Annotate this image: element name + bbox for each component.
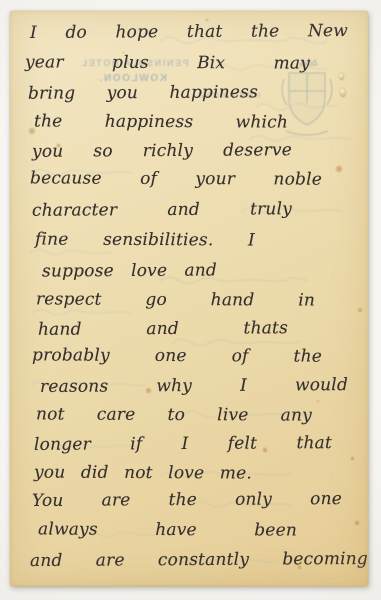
letter-line: you did not love me. bbox=[34, 462, 252, 486]
letter-line: character and truly bbox=[32, 198, 292, 223]
letter-line: You are the only one bbox=[32, 488, 342, 513]
letter-page: PENINSULA HOTEL KOWLOON. HONG KONG I do … bbox=[10, 11, 368, 586]
letter-line: fine sensibilities. I bbox=[35, 229, 255, 253]
letter-line: and are constantly becoming bbox=[30, 548, 368, 573]
letter-line: I do hope that the New bbox=[30, 20, 348, 45]
letter-line: because of your noble bbox=[30, 167, 322, 191]
letter-line: suppose love and bbox=[42, 259, 217, 283]
letter-line: hand and thats bbox=[38, 317, 288, 342]
letter-line: the happiness which bbox=[34, 110, 288, 134]
letter-line: longer if I felt that bbox=[34, 432, 332, 457]
letter-line: not care to live any bbox=[36, 403, 312, 427]
letter-body: I do hope that the New year plus Bix may… bbox=[10, 11, 368, 586]
letter-line: year plus Bix may bbox=[25, 51, 310, 75]
letter-line: bring you happiness bbox=[28, 81, 258, 105]
scan-background: PENINSULA HOTEL KOWLOON. HONG KONG I do … bbox=[0, 0, 381, 600]
letter-line: reasons why I would bbox=[40, 374, 348, 399]
letter-line: respect go hand in bbox=[36, 288, 315, 312]
letter-line: always have been bbox=[38, 518, 297, 542]
letter-line: probably one of the bbox=[32, 344, 322, 368]
letter-line: you so richly deserve bbox=[32, 139, 292, 164]
